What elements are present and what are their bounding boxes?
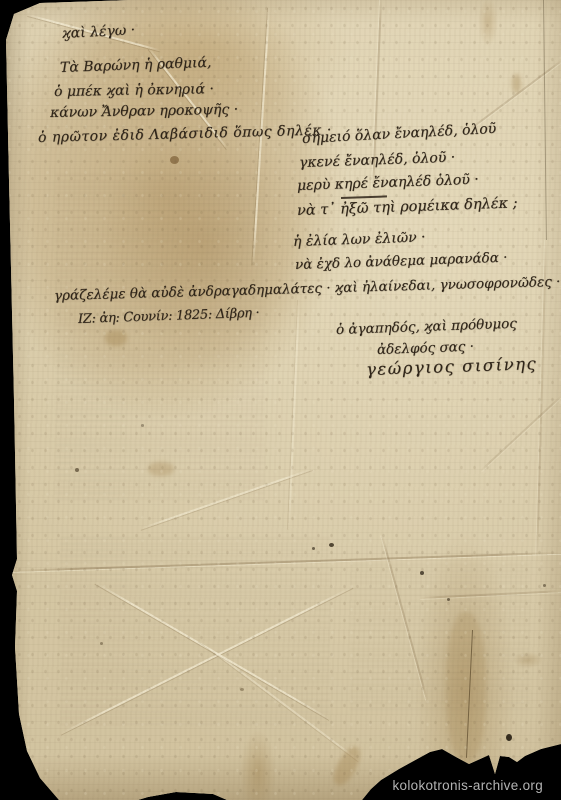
- crease: [470, 60, 561, 130]
- handwriting-verse-line: γκενέ ἔναηλέδ, ὁλοῦ ·: [299, 150, 456, 171]
- stain: [446, 612, 486, 762]
- handwriting-dateline: ΙΖ: ἀη: Ϲουνίν: 1825: Δίβρη ·: [78, 306, 260, 327]
- site-watermark: kolokotronis-archive.org: [392, 778, 543, 793]
- crease: [420, 590, 561, 599]
- crease: [140, 468, 313, 530]
- fold-line: [12, 552, 561, 572]
- speck: [312, 547, 315, 550]
- manuscript-scan: ϗαὶ λέγω · Τὰ Βαρώνη ἡ ραθμιά, ὁ μπέκ ϗα…: [0, 0, 561, 800]
- speck: [100, 642, 103, 645]
- crease: [95, 582, 330, 720]
- handwriting-verse-line: κάνων Ἄνθραν ηροκοψῆς ·: [50, 102, 238, 121]
- speck: [141, 424, 144, 427]
- tear-crack: [466, 630, 473, 758]
- handwriting-verse-line: μερὺ κηρέ ἔναηλέδ ὁλοῦ ·: [297, 172, 479, 194]
- handwriting-verse-line: Τὰ Βαρώνη ἡ ραθμιά,: [60, 55, 212, 76]
- ink-overline: [341, 195, 387, 199]
- print-through-patch: [60, 535, 330, 725]
- crease: [543, 0, 547, 240]
- speck: [506, 734, 512, 741]
- handwriting-signature-line: ἀδελφός σας ·: [377, 339, 474, 358]
- handwriting-verse-line: ὁ μπέκ ϗαὶ ἡ ὀκνηριά ·: [54, 81, 214, 100]
- crease: [60, 586, 353, 735]
- crease: [381, 535, 428, 700]
- crease: [199, 640, 360, 762]
- speck: [240, 688, 244, 691]
- handwriting-closing-line: γράζελέμε θὰ αὐδὲ ἀνδραγαδημαλάτες · ϗαὶ…: [54, 273, 561, 304]
- paper-sheet: ϗαὶ λέγω · Τὰ Βαρώνη ἡ ραθμιά, ὁ μπέκ ϗα…: [0, 0, 561, 800]
- stain: [148, 462, 174, 476]
- speck: [447, 598, 450, 601]
- print-through-patch: [350, 560, 530, 710]
- handwriting-verse-line: νὰ τ᾽ ἠξῶ τηὶ ρομέικα δηλέκ ;: [297, 195, 518, 219]
- handwriting-signature-line: γεώργιος σισίνης: [366, 354, 538, 379]
- print-through-patch: [55, 170, 265, 500]
- stain: [512, 74, 521, 93]
- crease: [480, 395, 561, 471]
- handwriting-verse-line: ἡ ἐλία λων ἐλιῶν ·: [293, 229, 426, 250]
- speck: [75, 468, 79, 472]
- handwriting-signature-line: ὁ ἀγαπηδός, ϗαὶ πρόθυμος: [336, 316, 517, 338]
- speck: [543, 584, 546, 587]
- stain: [329, 743, 365, 789]
- handwriting-opening-line: ϗαὶ λέγω ·: [62, 22, 136, 42]
- crease: [288, 300, 300, 530]
- stain: [105, 330, 127, 346]
- ink-blot: [170, 156, 179, 164]
- handwriting-verse-line: ὁ ηρῶτον ἐδιδ Λαβάσιδιδ ὅπως δηλέκ ·: [38, 122, 332, 146]
- speck: [420, 571, 424, 575]
- speck: [329, 543, 334, 547]
- handwriting-verse-line: νὰ ἐχδ λο ἀνάθεμα μαρανάδα ·: [295, 250, 508, 273]
